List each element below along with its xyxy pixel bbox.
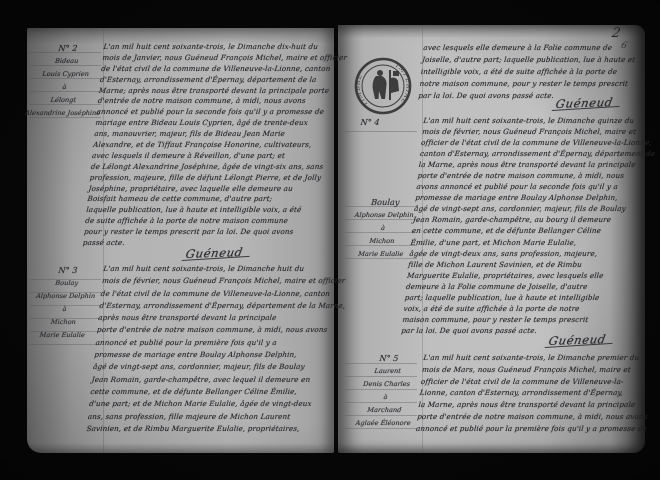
officer-signature: Guéneud (554, 95, 614, 112)
handwritten-line: intelligible voix, a été de suite affich… (420, 66, 639, 78)
handwritten-line: porte d'entrée de notre maison commune, … (417, 170, 638, 181)
record-text-entry5: L'an mil huit cent soixante-trois, le Di… (415, 352, 654, 435)
handwritten-line: la Marne, après nous être transporté dev… (418, 399, 649, 411)
handwritten-line: Joséphine, propriétaire, avec laquelle e… (88, 184, 317, 195)
handwritten-line: Marie Eulalie (25, 329, 100, 342)
margin-number-entry4: N° 4 (347, 116, 392, 129)
handwritten-line: Boulay (29, 277, 104, 290)
record-text-entry2: L'an mil huit cent soixante-trois, le Di… (82, 42, 332, 249)
ruled-line (29, 344, 101, 345)
officer-signature: Guéneud (547, 332, 607, 349)
handwritten-line: d'Esternay, arrondissement d'Épernay, dé… (99, 300, 328, 312)
handwritten-line: demeure à la Folie commune de Joiselle, … (405, 281, 626, 292)
handwritten-line: Alphonse Delphin (28, 290, 103, 303)
handwritten-line: d'entrée de notre maison commune, à midi… (97, 96, 326, 107)
handwritten-line: Michon (26, 316, 101, 329)
handwritten-line: avec lesquels elle demeure à la Folie co… (423, 42, 642, 54)
handwritten-line: mois de février, nous Guéneud François M… (101, 275, 330, 287)
handwritten-line: Jean Romain, garde-champêtre, avec leque… (91, 374, 320, 386)
handwritten-line: Boisfait hameau de cette commune, d'autr… (87, 194, 316, 205)
handwritten-line: mariage entre Bideau Louis Cyprien, âgé … (95, 118, 324, 129)
margin-annotation-entry2: N° 2BideauLouis CyprienàLélongtAlexandri… (25, 42, 106, 120)
handwritten-line: annoncé et publié pour la première fois … (95, 337, 324, 349)
handwritten-line: ans, manouvrier, majeur, fils de Bideau … (94, 129, 323, 140)
handwritten-line: d'une part; et de Michon Marie Eulalie, … (88, 398, 317, 410)
handwritten-line: canton d'Esternay, arrondissement d'Éper… (419, 148, 640, 159)
handwritten-line: annoncé et publié pour la seconde fois q… (96, 107, 325, 118)
handwritten-line: Lionne, canton d'Esternay, arrondissemen… (419, 387, 650, 399)
handwritten-line: la Marne, après nous être transporté dev… (418, 159, 639, 170)
handwritten-line: L'an mil huit cent soixante-trois, le Di… (103, 263, 332, 275)
handwritten-line: laquelle publication, lue à haute et int… (86, 205, 315, 216)
handwritten-line: Louis Cyprien (28, 68, 103, 81)
handwritten-line: Marchand (345, 404, 424, 417)
handwritten-line: d'Esternay, arrondissement d'Épernay, dé… (99, 75, 328, 86)
handwritten-line: Lélongt (26, 94, 101, 107)
handwritten-line: après nous être transporté devant la pri… (98, 312, 327, 324)
handwritten-line: L'an mil huit cent soixante-trois, le Di… (103, 42, 332, 53)
handwritten-line: fille de Michon Laurent Savinien, et de … (408, 259, 629, 270)
record-text-entry4: L'an mil huit cent soixante-trois, le Di… (401, 115, 644, 336)
handwritten-line: N° 5 (349, 352, 428, 365)
handwritten-line: cette commune, et de défunte Bellanger C… (90, 386, 319, 398)
handwritten-line: en cette commune, et de défunte Bellange… (411, 225, 632, 236)
imperial-stamp-icon: TIMBRE IMPERIAL (353, 56, 413, 116)
handwritten-line: porte d'entrée de notre maison commune, … (417, 411, 648, 423)
handwritten-line: Denis Charles (347, 378, 426, 391)
handwritten-line: officier de l'état civil de la commune d… (421, 137, 642, 148)
handwritten-line: Alexandre, et de Tiffaut Françoise Honor… (93, 140, 322, 151)
handwritten-line: mois de février, nous Guéneud François M… (422, 126, 643, 137)
handwritten-line: âgée de vingt-deux ans, sans profession,… (409, 248, 630, 259)
handwritten-line: part; laquelle publication, lue à haute … (404, 292, 625, 303)
record-text-entry3-continuation: avec lesquels elle demeure à la Folie co… (418, 42, 642, 102)
handwritten-line: porte d'entrée de notre maison commune, … (96, 324, 325, 336)
handwritten-line: Alphonse Delphin (345, 209, 424, 222)
handwritten-line: annoncé et publié pour la première fois … (415, 423, 646, 435)
handwritten-line: Émilie, d'une part, et Michon Marie Eula… (410, 237, 631, 248)
handwritten-line: L'an mil huit cent soixante-trois, le Di… (423, 115, 644, 126)
handwritten-line: pour y rester le temps prescrit par la l… (83, 227, 312, 238)
handwritten-line: Marguerite Eulalie, propriétaires, avec … (407, 270, 628, 281)
handwritten-line: avec lesquels il demeure à Réveillon, d'… (91, 151, 320, 162)
handwritten-line: Aglaée Éléonore (344, 417, 423, 430)
handwritten-line: voix, a été de suite affichée à la porte… (403, 303, 624, 314)
handwritten-line: à (346, 391, 425, 404)
handwritten-line: de l'état civil de la commune de Villene… (100, 288, 329, 300)
margin-annotation-entry5: N° 5LaurentDenis CharlesàMarchandAglaée … (344, 352, 429, 430)
handwritten-line: officier de l'état civil de la commune d… (420, 376, 651, 388)
handwritten-line: Marne; après nous être transporté devant… (98, 86, 327, 97)
handwritten-line: promesse de mariage entre Boulay Alphons… (94, 349, 323, 361)
handwritten-line: mois de Janvier, nous Guéneud François M… (102, 53, 331, 64)
handwritten-line: de l'état civil de la commune de Villene… (101, 64, 330, 75)
handwritten-line: à (27, 303, 102, 316)
handwritten-line: Alexandrine Joséphine (25, 107, 100, 120)
handwritten-line: âgé de vingt-sept ans, cordonnier, majeu… (92, 361, 321, 373)
record-text-entry3: L'an mil huit cent soixante-trois, le Di… (86, 263, 332, 435)
handwritten-line: Boulay (346, 196, 425, 209)
handwritten-line: ans, sans profession, fille majeure de M… (87, 411, 316, 423)
handwritten-line: promesse de mariage entre Boulay Alphons… (415, 192, 636, 203)
handwritten-line: mois de Mars, nous Guéneud François Mich… (422, 364, 653, 376)
handwritten-line: notre maison commune, pour y rester le t… (419, 78, 638, 90)
handwritten-line: N° 2 (30, 42, 105, 55)
handwritten-line: Savinien, et de Rimbu Marguerite Eulalie… (86, 423, 315, 435)
handwritten-line: L'an mil huit cent soixante-trois, le Di… (423, 352, 654, 364)
handwritten-line: Jean Romain, garde-champêtre, au bourg i… (412, 214, 633, 225)
handwritten-line: Bideau (29, 55, 104, 68)
handwritten-line: N° 4 (347, 116, 392, 129)
ruled-line (345, 131, 417, 132)
handwritten-line: avons annoncé et publié pour la seconde … (416, 181, 637, 192)
handwritten-line: maison commune, pour y rester le temps p… (402, 314, 623, 325)
handwritten-line: à (27, 81, 102, 94)
handwritten-line: N° 3 (30, 264, 105, 277)
handwritten-line: Joiselle, d'autre part; laquelle publica… (421, 54, 640, 66)
handwritten-line: âgé de vingt-sept ans, cordonnier, majeu… (414, 203, 635, 214)
handwritten-line: Laurent (348, 365, 427, 378)
handwritten-line: profession, majeure, fille de défunt Lél… (89, 173, 318, 184)
margin-annotation-entry3: N° 3BoulayAlphonse DelphinàMichonMarie E… (25, 264, 106, 342)
handwritten-line: de suite affichée à la porte de notre ma… (85, 216, 314, 227)
handwritten-line: de Lélongt Alexandrine Joséphine, âgée d… (90, 162, 319, 173)
officer-signature: Guéneud (184, 245, 244, 262)
